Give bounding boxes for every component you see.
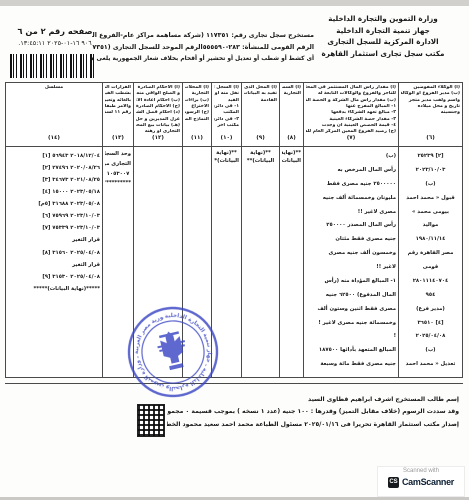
- text-line: قرار التغير: [8, 259, 100, 271]
- column-number: (١٠): [212, 135, 241, 146]
- text-line: (مدير فرع): [401, 303, 460, 317]
- column-body: [٢] ٢٥٢٣٩٢٠٢٣/١٠/٠٣(ب)قبول « محمد احمدبي…: [399, 147, 462, 377]
- table-bottom-rule: [5, 383, 463, 384]
- text-line: النماذج الصناعية: [185, 117, 209, 123]
- text-line: ١٩٨٠/١١/١٤: [401, 233, 460, 247]
- text-line: مصرى فقط اثنين وستون ألف: [306, 303, 396, 317]
- text-line: المال المدفوع) ٦٢٥٠٠ جنيه: [306, 289, 396, 303]
- page-info: صفحه رقم ٢ من ٦ .٩٠٦ ١٦-٠١-٢٠٢٥ ١٣:٤٥:١١: [12, 26, 98, 47]
- extract-numbers: الرقم القومى للمنشأة: ٢٨٣-٥٥٥٥٩٠ الرقم ا…: [92, 42, 314, 54]
- text-line: الادارة المركزية للسجل التجارى: [307, 36, 459, 48]
- text-line: (ب) مدير الفروع او الوكالة: [401, 91, 460, 97]
- column-header-lines: (ا) المحلاتالتجارية(ب) براءاتالاختراع(ج)…: [183, 83, 211, 135]
- text-line: وحد السجل: [105, 150, 131, 160]
- column-number: (٩): [242, 135, 279, 146]
- national-number: الرقم القومى للمنشأة: ٢٨٣-٥٥٥٥٩٠: [203, 42, 314, 54]
- text-line: ٢٠٢٣/١٠/٠٣ ٧٥٩٦٩ [٦]: [8, 210, 100, 222]
- camscanner-brand: CamScanner: [402, 477, 454, 487]
- text-line: إصدار مكتب استثمار القاهرة تحريرا فى ٢٠٢…: [167, 419, 459, 431]
- text-line: و الصلح الواقى منه: [136, 91, 180, 97]
- text-line: ٢٠٢٣/٠٥/٠٨ ٣١٦٨٨ [٥م]: [8, 198, 100, 210]
- column-header-lines: (ا) مقدار رأس المال المستثمر فى المحل ال…: [304, 83, 398, 135]
- text-line: قبول « محمد احمد: [401, 192, 460, 206]
- column-body: **(نهايةالبيانات)**: [280, 147, 303, 377]
- text-line: ٢٠٢٥/٠٤/٠٨: [401, 330, 460, 344]
- extract-header: مستخرج سجل تجارى رقم: ١١٧٣٥١ (شركة مساهم…: [92, 30, 314, 65]
- text-line: البيانات)**: [282, 158, 301, 166]
- column-body: ٢٠١٨/١٢/٠٤ ٥٦٩٤٣ [١]٢٠٢٠/٠٨/٢٦ ٢٧٤٩٦ [٢]…: [6, 147, 102, 377]
- text-line: ٩٥٤: [401, 289, 460, 303]
- text-line: [٢] ٢٥٢٣٩: [401, 150, 460, 164]
- unified-register-number: الرقم الموحد للسجل التجارى (١٧٣٥١) ٠٧٠٠١…: [92, 42, 203, 54]
- barcode: [10, 54, 96, 78]
- text-line: القادمة: [244, 98, 277, 104]
- column-header: (ا) الاحكام الصادرة بالافلاسو الصلح الوا…: [134, 83, 182, 147]
- table-column-14: مسلسل (١٤) ٢٠١٨/١٢/٠٤ ٥٦٩٤٣ [١]٢٠٢٠/٠٨/٢…: [6, 83, 102, 377]
- text-line: للتاجر والفروع والوكالات التابعة له: [306, 91, 396, 97]
- text-line: وخمسون ألف جنيه مصرى: [306, 247, 396, 261]
- column-number: (٧): [304, 135, 398, 146]
- column-header: (ا) المحل الذىتقيد به البياناتالقادمة (٩…: [242, 83, 279, 147]
- text-line: (ب): [401, 344, 460, 358]
- text-line: رأس المال المصدر ٢٥٠٠٠٠: [306, 219, 396, 233]
- text-line: *****(نهاية البيانات)*****: [8, 283, 100, 295]
- text-line: لاغير !!: [306, 261, 396, 275]
- text-line: !: [306, 330, 396, 344]
- text-line: مكتب آخر: [214, 123, 239, 129]
- text-line: تقيد به البيانات: [244, 91, 277, 97]
- qr-code: [137, 404, 165, 437]
- text-line: (ب): [306, 150, 396, 164]
- text-line: **(نهاية: [214, 150, 239, 158]
- text-line: البيانات)**: [244, 158, 277, 166]
- registry-table: (ا) الوكلاء المفوضين(ب) مدير الفروع او ا…: [5, 82, 463, 378]
- camscanner-badge: Scanned with CS CamScanner: [377, 466, 465, 497]
- column-header: (ا) مقدار رأس المال المستثمر فى المحل ال…: [304, 83, 398, 147]
- column-body: (ب)رأس المال المرخص به٢٥٠٠٠٠٠ جنيه مصرى …: [304, 147, 398, 377]
- column-header-lines: مسلسل: [6, 83, 102, 135]
- text-line: بيومى محمد »: [401, 206, 460, 220]
- column-header: مسلسل (١٤): [6, 83, 102, 147]
- text-line: [٤] ٣٦٥١٠: [401, 317, 460, 331]
- column-header: (ا) السمةالتجارية (٨): [280, 83, 303, 147]
- scanned-with-label: Scanned with: [378, 467, 464, 477]
- text-line: ٢٠٢٥/٠٤/٠٨ ٣١٥٣٠ [٩]: [8, 271, 100, 283]
- text-line: قرار التغير: [8, 234, 100, 246]
- text-line: التجارية: [282, 91, 301, 97]
- column-number: (١٤): [6, 135, 102, 146]
- text-line: وخمسمائة جنيه مصرى لاغير !: [306, 317, 396, 331]
- text-line: ٢٠٢٠/٠٨/٢٦ ٢٧٤٩٦ [٢]: [8, 162, 100, 174]
- text-line: مصر القاهرة رقم: [401, 247, 460, 261]
- text-line: ٢٨٠١١١٤٠٧٠٤: [401, 275, 460, 289]
- text-line: وقد سددت الرسوم (خلاف مقابل التميز) وقدر…: [167, 406, 459, 418]
- column-header-lines: (ا) الوكلاء المفوضين(ب) مدير الفروع او ا…: [399, 83, 462, 135]
- text-line: رأس المال المرخص به: [306, 164, 396, 178]
- column-number: (١١): [183, 135, 211, 146]
- text-line: وجنسيته: [401, 110, 460, 116]
- scanned-document-page: صفحه رقم ٢ من ٦ .٩٠٦ ١٦-٠١-٢٠٢٥ ١٣:٤٥:١١…: [0, 0, 469, 500]
- text-line: رقم ١١ لسنة ١٩٤٠: [105, 110, 131, 116]
- text-line: ٢٠٢١/٠٨/٢٥ ٣٤٦٧٣ [٣]: [8, 174, 100, 186]
- column-header-lines: القرارات الصادرةبشطب القيد اوبالغائه وتع…: [103, 83, 133, 135]
- table-column-8: (ا) السمةالتجارية (٨) **(نهايةالبيانات)*…: [279, 83, 303, 377]
- column-header-lines: (ا) الاحكام الصادرة بالافلاسو الصلح الوا…: [134, 83, 182, 135]
- scan-edge-top: [0, 0, 469, 6]
- text-line: (ب): [401, 178, 460, 192]
- text-line: إسم طالب المستخرج اشرف ابراهيم قطاوى الس…: [167, 394, 459, 406]
- text-line: جنيه مصرى فقط مئتان: [306, 233, 396, 247]
- text-line: ٢٠١٨/١٢/٠٤ ٥٦٩٤٣ [١]: [8, 150, 100, 162]
- warning-line: أى كشط أو شطب أو تعديل أو تحشير أو أقحام…: [92, 54, 314, 65]
- column-body: **(نهايةالبيانات)**: [242, 147, 279, 377]
- column-header-lines: (ا) المحل الذىتقيد به البياناتالقادمة: [242, 83, 279, 135]
- column-header: القرارات الصادرةبشطب القيد اوبالغائه وتع…: [103, 83, 133, 147]
- ministry-header: وزارة التموين والتجارة الداخليةجهاز تنمي…: [307, 13, 459, 60]
- text-line: قومى: [401, 261, 460, 275]
- page-number-label: صفحه رقم ٢ من ٦: [12, 26, 98, 36]
- column-number: (١٢): [134, 135, 182, 146]
- text-line: جهاز تنمية التجارة الداخلية: [307, 25, 459, 37]
- text-line: ٢٥٠٠٠٠٠ جنيه مصرى فقط: [306, 178, 396, 192]
- text-line: **(نهاية: [244, 150, 277, 158]
- text-line: ٢٠٢٣/١٠/٠٣: [401, 164, 460, 178]
- text-line: مليونان وخمسمائة ألف جنيه: [306, 192, 396, 206]
- footer-notes: إسم طالب المستخرج اشرف ابراهيم قطاوى الس…: [167, 394, 459, 431]
- text-line: التجارى من: [105, 160, 131, 170]
- column-header: (ا) الوكلاء المفوضين(ب) مدير الفروع او ا…: [399, 83, 462, 147]
- text-line: ٢٠٢٣/٠٥/١٨ ١٥٠٠٠ [٤]: [8, 186, 100, 198]
- text-line: مواليد: [401, 219, 460, 233]
- table-column-6: (ا) الوكلاء المفوضين(ب) مدير الفروع او ا…: [398, 83, 462, 377]
- column-header: (ا) السجل الذىنقل منه او اليهالقيد١- فى …: [212, 83, 241, 147]
- text-line: مكتب سجل تجارى استثمار القاهرة: [307, 48, 459, 60]
- table-column-7: (ا) مقدار رأس المال المستثمر فى المحل ال…: [303, 83, 398, 377]
- column-number: (٦): [399, 135, 462, 146]
- text-line: ١٠٥٣٠٠٧: [105, 170, 131, 180]
- text-line: البيانات)**: [214, 158, 239, 166]
- column-header: (ا) المحلاتالتجارية(ب) براءاتالاختراع(ج)…: [183, 83, 211, 147]
- text-line: مصرى لاغير !!: [306, 206, 396, 220]
- column-number: (٨): [280, 135, 303, 146]
- text-line: **(نهاية: [282, 150, 301, 158]
- eagle-icon: [155, 328, 191, 371]
- table-column-9: (ا) المحل الذىتقيد به البياناتالقادمة (٩…: [241, 83, 279, 377]
- extract-title: مستخرج سجل تجارى رقم: ١١٧٣٥١ (شركة مساهم…: [92, 30, 314, 42]
- text-line: **********: [105, 179, 131, 189]
- text-line: ١- المبالغ المؤداة منه (رأس: [306, 275, 396, 289]
- text-line: ٢٠٢٣/١٠/٠٣ ٧٥٣٣٩ [٧]: [8, 222, 100, 234]
- text-line: ٢٠٢٥/٠٤/٠٨ ٣١٥٦٠ [٨]: [8, 247, 100, 259]
- column-header-lines: (ا) السمةالتجارية: [280, 83, 303, 135]
- camscanner-logo-icon: CS: [388, 477, 399, 488]
- column-header-lines: (ا) السجل الذىنقل منه او اليهالقيد١- فى …: [212, 83, 241, 135]
- scan-timestamp: .٩٠٦ ١٦-٠١-٢٠٢٥ ١٣:٤٥:١١: [12, 39, 98, 47]
- text-line: وزارة التموين والتجارة الداخلية: [307, 13, 459, 25]
- text-line: المبالغ المتعهد بأدائها ١٨٧٥٠٠: [306, 344, 396, 358]
- text-line: جنيه مصرى فقط مائة وسبعة: [306, 358, 396, 372]
- column-number: (١٣): [103, 135, 133, 146]
- text-line: تعديل « محمد احمد: [401, 358, 460, 372]
- text-line: مسلسل: [8, 85, 100, 91]
